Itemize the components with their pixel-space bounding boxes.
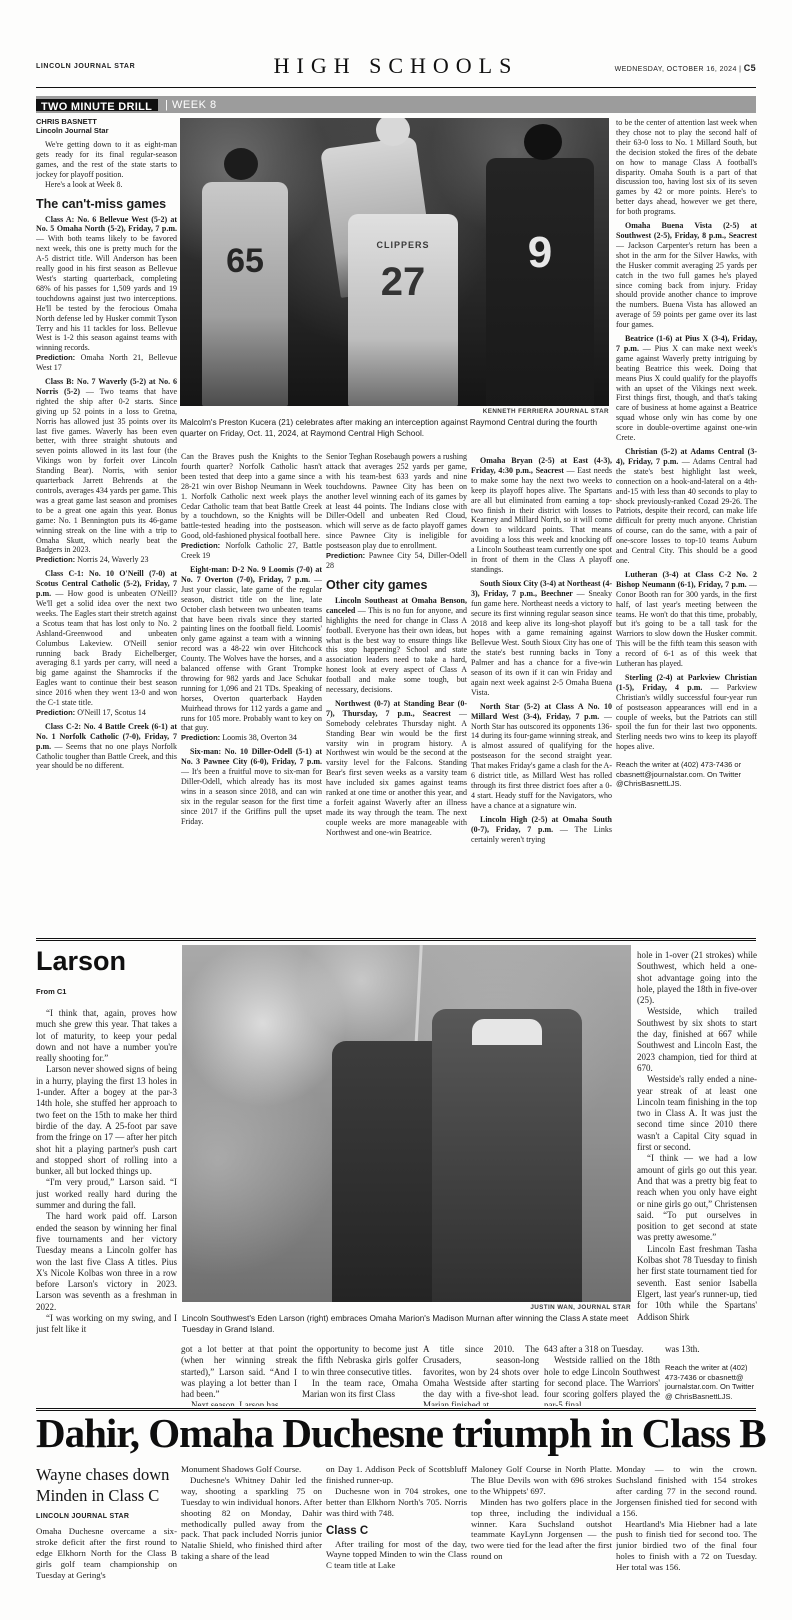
matchup-lead: North Star (5-2) at Class A No. 10 Milla… (471, 702, 612, 721)
matchup-lead: Six-man: No. 10 Diller-Odell (5-1) at No… (181, 747, 322, 766)
body-paragraph: “I think — we had a low amount of girls … (637, 1153, 757, 1243)
drill-column-3: Senior Teghan Rosebaugh powers a rushing… (326, 452, 467, 934)
jersey-team-text: CLIPPERS (348, 240, 458, 250)
masthead-separator: | (739, 66, 741, 73)
body-paragraph: on Day 1. Addison Peck of Scottsbluff fi… (326, 1464, 467, 1486)
prediction-line: Prediction: Pawnee City 54, Diller-Odell… (326, 551, 467, 571)
body-paragraph: Larson never showed signs of being in a … (36, 1064, 177, 1177)
jersey-number-9: 9 (486, 228, 594, 278)
body-paragraph: “I was working on my swing, and I just f… (36, 1313, 177, 1336)
golf-column-2: Monument Shadows Golf Course.Duchesne's … (181, 1464, 322, 1596)
larson-jump-from-line: From C1 (36, 987, 66, 996)
football-photo-credit: KENNETH FERRIERA JOURNAL STAR (180, 408, 609, 415)
golf-column-1: Omaha Duchesne overcame a six-stroke def… (36, 1526, 177, 1596)
game-entry-paragraph: Sterling (2-4) at Parkview Christian (1-… (616, 673, 757, 752)
body-paragraph: A title since 2010. The Crusaders, seaso… (423, 1344, 539, 1406)
body-paragraph: We're getting down to it as eight-man ge… (36, 140, 177, 180)
body-paragraph: Here's a look at Week 8. (36, 180, 177, 190)
prediction-label: Prediction: (181, 541, 225, 550)
game-entry-paragraph: Eight-man: D-2 No. 9 Loomis (7-0) at No.… (181, 565, 322, 733)
matchup-lead: Class A: No. 6 Bellevue West (5-2) at No… (36, 215, 177, 234)
body-paragraph: hole in 1-over (21 strokes) while Southw… (637, 950, 757, 1006)
masthead-rule (36, 87, 756, 88)
body-paragraph: Senior Teghan Rosebaugh powers a rushing… (326, 452, 467, 551)
matchup-lead: Christian (5-2) at Adams Central (3-4), … (616, 447, 757, 466)
larson-bottom-column-2: the opportunity to become just the fifth… (302, 1344, 418, 1406)
prediction-label: Prediction: (326, 551, 369, 560)
larson-bottom-column-5: was 13th.Reach the writer at (402) 473-7… (665, 1344, 757, 1406)
player-figure-27: CLIPPERS 27 (348, 214, 458, 406)
drill-byline: CHRIS BASNETT (36, 117, 177, 126)
football-photo-caption: Malcolm's Preston Kucera (21) celebrates… (180, 417, 609, 438)
golf-photo-caption: Lincoln Southwest's Eden Larson (right) … (182, 1313, 631, 1334)
drill-column-5: to be the center of attention last week … (616, 118, 757, 934)
body-paragraph: to be the center of attention last week … (616, 118, 757, 217)
golf-column-3: on Day 1. Addison Peck of Scottsbluff fi… (326, 1464, 467, 1596)
golfer-figure-right (432, 1009, 582, 1302)
drill-byline-org: Lincoln Journal Star (36, 126, 177, 135)
larson-bottom-column-3: A title since 2010. The Crusaders, seaso… (423, 1344, 539, 1406)
game-entry-paragraph: Class C-1: No. 10 O'Neill (7-0) at Scotu… (36, 569, 177, 708)
body-paragraph: After trailing for most of the day, Wayn… (326, 1539, 467, 1572)
body-paragraph: Monday — to win the crown. Suchsland fin… (616, 1464, 757, 1519)
matchup-lead: Lincoln Southeast at Omaha Benson, cance… (326, 596, 467, 615)
matchup-lead: Lincoln High (2-5) at Omaha South (0-7),… (471, 815, 612, 834)
golf-photo (182, 945, 631, 1302)
prediction-line: Prediction: O'Neill 17, Scotus 14 (36, 708, 177, 718)
golf-story-subhead: Wayne chases down Minden in Class C (36, 1464, 177, 1506)
larson-right-column: hole in 1-over (21 strokes) while Southw… (637, 950, 757, 1340)
larson-bottom-column-1: got a lot better at that point (when her… (181, 1344, 297, 1406)
body-paragraph: Westside's rally ended a nine-year strea… (637, 1074, 757, 1153)
masthead-dateline: WEDNESDAY, OCTOBER 16, 2024 | C5 (615, 63, 756, 73)
game-entry-paragraph: Northwest (0-7) at Standing Bear (0-7), … (326, 699, 467, 838)
prediction-line: Prediction: Loomis 38, Overton 34 (181, 733, 322, 743)
prediction-label: Prediction: (36, 555, 77, 564)
body-paragraph: Can the Braves push the Knights to the f… (181, 452, 322, 541)
golf-cap-icon (472, 1019, 542, 1045)
prediction-label: Prediction: (181, 733, 222, 742)
game-entry-paragraph: Beatrice (1-6) at Pius X (3-4), Friday, … (616, 334, 757, 443)
body-paragraph: Lincoln East freshman Tasha Kolbas shot … (637, 1244, 757, 1323)
game-entry-paragraph: Lincoln High (2-5) at Omaha South (0-7),… (471, 815, 612, 845)
drill-column-4: Omaha Bryan (2-5) at East (4-3), Friday,… (471, 452, 612, 934)
player-figure-65: 65 (202, 182, 288, 406)
drill-column-1: CHRIS BASNETT Lincoln Journal Star We're… (36, 117, 177, 935)
drill-kicker-label: TWO MINUTE DRILL (36, 99, 158, 111)
golf-column-4: Maloney Golf Course in North Platte. The… (471, 1464, 612, 1596)
reach-the-writer-tagline: Reach the writer at (402) 473-7436 or cb… (665, 1363, 757, 1401)
reach-the-writer-tagline: Reach the writer at (402) 473-7436 or cb… (616, 760, 757, 789)
body-paragraph: Next season, Larson has (181, 1400, 297, 1406)
game-entry-paragraph: Class C-2: No. 4 Battle Creek (6-1) at N… (36, 722, 177, 772)
masthead-page-number: C5 (744, 63, 756, 73)
jersey-number-27: 27 (348, 260, 458, 305)
body-paragraph: the opportunity to become just the fifth… (302, 1344, 418, 1378)
football-photo: 65 CLIPPERS 27 9 (180, 118, 609, 406)
larson-bottom-column-4: 643 after a 318 on Tuesday.Westside rall… (544, 1344, 660, 1406)
prediction-line: Prediction: Norfolk Catholic 27, Battle … (181, 541, 322, 561)
game-entry-paragraph: Christian (5-2) at Adams Central (3-4), … (616, 447, 757, 566)
body-paragraph: Maloney Golf Course in North Platte. The… (471, 1464, 612, 1497)
matchup-lead: Beatrice (1-6) at Pius X (3-4), Friday, … (616, 334, 757, 353)
matchup-lead: Northwest (0-7) at Standing Bear (0-7), … (326, 699, 467, 718)
body-paragraph: Omaha Duchesne overcame a six-stroke def… (36, 1526, 177, 1581)
prediction-line: Prediction: Omaha North 21, Bellevue Wes… (36, 353, 177, 373)
game-entry-paragraph: Omaha Bryan (2-5) at East (4-3), Friday,… (471, 456, 612, 575)
body-paragraph: was 13th. (665, 1344, 757, 1355)
column-subhead: Class C (326, 1525, 467, 1537)
game-entry-paragraph: North Star (5-2) at Class A No. 10 Milla… (471, 702, 612, 811)
matchup-lead: Sterling (2-4) at Parkview Christian (1-… (616, 673, 757, 692)
helmet-icon (224, 148, 258, 180)
matchup-lead: Class B: No. 7 Waverly (5-2) at No. 6 No… (36, 377, 177, 396)
drill-week-value: WEEK 8 (172, 99, 217, 111)
matchup-lead: South Sioux City (3-4) at Northeast (4-3… (471, 579, 612, 598)
larson-column-1: “I think that, again, proves how much sh… (36, 1008, 177, 1405)
section-divider-rule (36, 938, 756, 941)
column-subhead: The can't-miss games (36, 197, 177, 211)
game-entry-paragraph: Lutheran (3-4) at Class C-2 No. 2 Bishop… (616, 570, 757, 669)
body-paragraph: got a lot better at that point (when her… (181, 1344, 297, 1400)
body-paragraph: Monument Shadows Golf Course. (181, 1464, 322, 1475)
game-entry-paragraph: Six-man: No. 10 Diller-Odell (5-1) at No… (181, 747, 322, 826)
body-paragraph: “I think that, again, proves how much sh… (36, 1008, 177, 1064)
two-minute-drill-bar: TWO MINUTE DRILL | WEEK 8 (36, 96, 756, 113)
jersey-number-65: 65 (202, 242, 288, 281)
golf-story-byline: LINCOLN JOURNAL STAR (36, 1513, 129, 1520)
body-paragraph: Minden has two golfers place in the top … (471, 1497, 612, 1562)
matchup-lead: Eight-man: D-2 No. 9 Loomis (7-0) at No.… (181, 565, 322, 584)
prediction-label: Prediction: (36, 353, 81, 362)
game-entry-paragraph: Class A: No. 6 Bellevue West (5-2) at No… (36, 215, 177, 354)
masthead-date: WEDNESDAY, OCTOBER 16, 2024 (615, 66, 737, 73)
newspaper-page: LINCOLN JOURNAL STAR HIGH SCHOOLS WEDNES… (0, 0, 792, 1620)
drill-week-label: | WEEK 8 (158, 99, 217, 111)
drill-column-1-text: We're getting down to it as eight-man ge… (36, 140, 177, 771)
prediction-label: Prediction: (36, 708, 77, 717)
body-paragraph: 643 after a 318 on Tuesday. (544, 1344, 660, 1355)
matchup-lead: Omaha Bryan (2-5) at East (4-3), Friday,… (471, 456, 612, 475)
game-entry-paragraph: Omaha Buena Vista (2-5) at Southwest (2-… (616, 221, 757, 330)
game-entry-paragraph: Class B: No. 7 Waverly (5-2) at No. 6 No… (36, 377, 177, 555)
matchup-lead: Class C-1: No. 10 O'Neill (7-0) at Scotu… (36, 569, 177, 598)
body-paragraph: In the team race, Omaha Marian won its f… (302, 1378, 418, 1401)
body-paragraph: “I'm very proud,” Larson said. “I just w… (36, 1177, 177, 1211)
golf-column-5: Monday — to win the crown. Suchsland fin… (616, 1464, 757, 1596)
matchup-lead: Lutheran (3-4) at Class C-2 No. 2 Bishop… (616, 570, 757, 589)
column-subhead: Other city games (326, 578, 467, 592)
body-paragraph: Duchesne won in 704 strokes, one better … (326, 1486, 467, 1519)
body-paragraph: Duchesne's Whitney Dahir led the way, sh… (181, 1475, 322, 1562)
player-figure-9: 9 (486, 158, 594, 406)
body-paragraph: Westside rallied on the 18th hole to edg… (544, 1355, 660, 1406)
prediction-line: Prediction: Norris 24, Waverly 23 (36, 555, 177, 565)
drill-column-2: Can the Braves push the Knights to the f… (181, 452, 322, 934)
golf-photo-credit: JUSTIN WAN, JOURNAL STAR (182, 1304, 631, 1311)
matchup-lead: Class C-2: No. 4 Battle Creek (6-1) at N… (36, 722, 177, 751)
golf-story-headline: Dahir, Omaha Duchesne triumph in Class B (36, 1412, 758, 1454)
larson-jump-headline: Larson (36, 946, 126, 977)
helmet-icon (524, 124, 562, 160)
body-paragraph: Westside, which trailed Southwest by six… (637, 1006, 757, 1074)
matchup-lead: Omaha Buena Vista (2-5) at Southwest (2-… (616, 221, 757, 240)
body-paragraph: The hard work paid off. Larson ended the… (36, 1211, 177, 1313)
game-entry-paragraph: Lincoln Southeast at Omaha Benson, cance… (326, 596, 467, 695)
body-paragraph: Heartland's Mia Hiebner had a late push … (616, 1519, 757, 1574)
game-entry-paragraph: South Sioux City (3-4) at Northeast (4-3… (471, 579, 612, 698)
